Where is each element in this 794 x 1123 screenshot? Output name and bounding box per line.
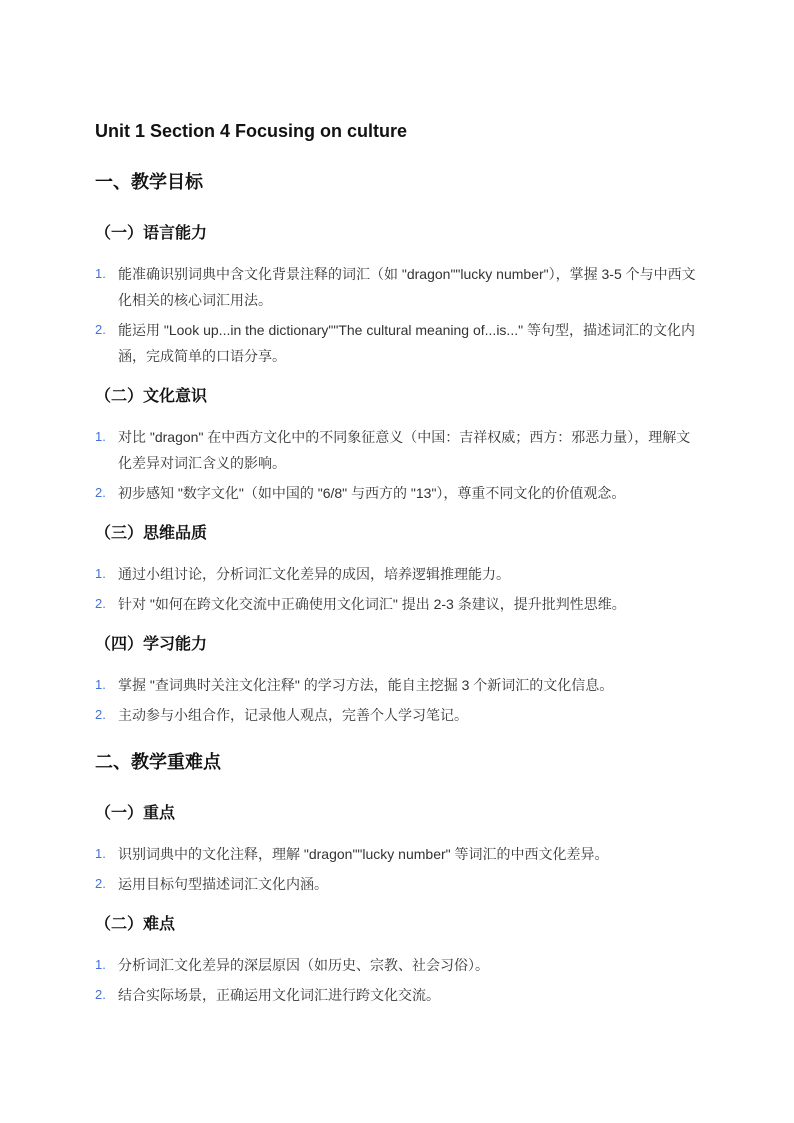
list-item: 结合实际场景，正确运用文化词汇进行跨文化交流。 xyxy=(118,982,700,1008)
objective-list-cultural-awareness: 对比 "dragon" 在中西方文化中的不同象征意义（中国：吉祥权威；西方：邪恶… xyxy=(95,424,700,506)
list-item: 针对 "如何在跨文化交流中正确使用文化词汇" 提出 2-3 条建议，提升批判性思… xyxy=(118,591,700,617)
subsection-heading-learning-ability: （四）学习能力 xyxy=(95,636,700,654)
list-item: 能运用 "Look up...in the dictionary""The cu… xyxy=(118,317,700,369)
subsection-heading-cultural-awareness: （二）文化意识 xyxy=(95,388,700,406)
list-item-text: 针对 "如何在跨文化交流中正确使用文化词汇" 提出 2-3 条建议，提升批判性思… xyxy=(118,596,626,612)
list-item: 识别词典中的文化注释，理解 "dragon""lucky number" 等词汇… xyxy=(118,841,700,867)
list-item: 对比 "dragon" 在中西方文化中的不同象征意义（中国：吉祥权威；西方：邪恶… xyxy=(118,424,700,476)
list-item: 能准确识别词典中含文化背景注释的词汇（如 "dragon""lucky numb… xyxy=(118,261,700,313)
document-title: Unit 1 Section 4 Focusing on culture xyxy=(95,121,700,141)
subsection-key-points: （一）重点 识别词典中的文化注释，理解 "dragon""lucky numbe… xyxy=(95,805,700,897)
list-item-text: 主动参与小组合作，记录他人观点，完善个人学习笔记。 xyxy=(118,707,468,723)
difficult-points-list: 分析词汇文化差异的深层原因（如历史、宗教、社会习俗）。 结合实际场景，正确运用文… xyxy=(95,952,700,1008)
key-points-list: 识别词典中的文化注释，理解 "dragon""lucky number" 等词汇… xyxy=(95,841,700,897)
list-item-text: 通过小组讨论，分析词汇文化差异的成因，培养逻辑推理能力。 xyxy=(118,566,510,582)
list-item: 初步感知 "数字文化"（如中国的 "6/8" 与西方的 "13"），尊重不同文化… xyxy=(118,480,700,506)
list-item-text: 对比 "dragon" 在中西方文化中的不同象征意义（中国：吉祥权威；西方：邪恶… xyxy=(118,429,690,471)
objective-list-learning-ability: 掌握 "查词典时关注文化注释" 的学习方法，能自主挖掘 3 个新词汇的文化信息。… xyxy=(95,672,700,728)
document-page: Unit 1 Section 4 Focusing on culture 一、教… xyxy=(0,0,794,1123)
list-item-text: 能运用 "Look up...in the dictionary""The cu… xyxy=(118,322,695,364)
subsection-heading-difficult-points: （二）难点 xyxy=(95,916,700,934)
subsection-difficult-points: （二）难点 分析词汇文化差异的深层原因（如历史、宗教、社会习俗）。 结合实际场景… xyxy=(95,916,700,1008)
section-heading-key-difficult-points: 二、教学重难点 xyxy=(95,752,700,772)
list-item: 主动参与小组合作，记录他人观点，完善个人学习笔记。 xyxy=(118,702,700,728)
list-item-text: 掌握 "查词典时关注文化注释" 的学习方法，能自主挖掘 3 个新词汇的文化信息。 xyxy=(118,677,613,693)
list-item: 掌握 "查词典时关注文化注释" 的学习方法，能自主挖掘 3 个新词汇的文化信息。 xyxy=(118,672,700,698)
list-item-text: 分析词汇文化差异的深层原因（如历史、宗教、社会习俗）。 xyxy=(118,957,489,973)
section-teaching-objectives: 一、教学目标 （一）语言能力 能准确识别词典中含文化背景注释的词汇（如 "dra… xyxy=(95,172,700,728)
subsection-learning-ability: （四）学习能力 掌握 "查词典时关注文化注释" 的学习方法，能自主挖掘 3 个新… xyxy=(95,636,700,728)
list-item-text: 运用目标句型描述词汇文化内涵。 xyxy=(118,876,328,892)
list-item-text: 初步感知 "数字文化"（如中国的 "6/8" 与西方的 "13"），尊重不同文化… xyxy=(118,485,625,501)
list-item-text: 识别词典中的文化注释，理解 "dragon""lucky number" 等词汇… xyxy=(118,846,609,862)
list-item: 通过小组讨论，分析词汇文化差异的成因，培养逻辑推理能力。 xyxy=(118,561,700,587)
objective-list-language-ability: 能准确识别词典中含文化背景注释的词汇（如 "dragon""lucky numb… xyxy=(95,261,700,369)
list-item-text: 能准确识别词典中含文化背景注释的词汇（如 "dragon""lucky numb… xyxy=(118,266,696,308)
subsection-heading-thinking-quality: （三）思维品质 xyxy=(95,525,700,543)
subsection-thinking-quality: （三）思维品质 通过小组讨论，分析词汇文化差异的成因，培养逻辑推理能力。 针对 … xyxy=(95,525,700,617)
subsection-cultural-awareness: （二）文化意识 对比 "dragon" 在中西方文化中的不同象征意义（中国：吉祥… xyxy=(95,388,700,506)
list-item-text: 结合实际场景，正确运用文化词汇进行跨文化交流。 xyxy=(118,987,440,1003)
objective-list-thinking-quality: 通过小组讨论，分析词汇文化差异的成因，培养逻辑推理能力。 针对 "如何在跨文化交… xyxy=(95,561,700,617)
subsection-language-ability: （一）语言能力 能准确识别词典中含文化背景注释的词汇（如 "dragon""lu… xyxy=(95,225,700,369)
list-item: 分析词汇文化差异的深层原因（如历史、宗教、社会习俗）。 xyxy=(118,952,700,978)
subsection-heading-language-ability: （一）语言能力 xyxy=(95,225,700,243)
subsection-heading-key-points: （一）重点 xyxy=(95,805,700,823)
list-item: 运用目标句型描述词汇文化内涵。 xyxy=(118,871,700,897)
section-heading-teaching-objectives: 一、教学目标 xyxy=(95,172,700,192)
section-key-difficult-points: 二、教学重难点 （一）重点 识别词典中的文化注释，理解 "dragon""luc… xyxy=(95,752,700,1008)
